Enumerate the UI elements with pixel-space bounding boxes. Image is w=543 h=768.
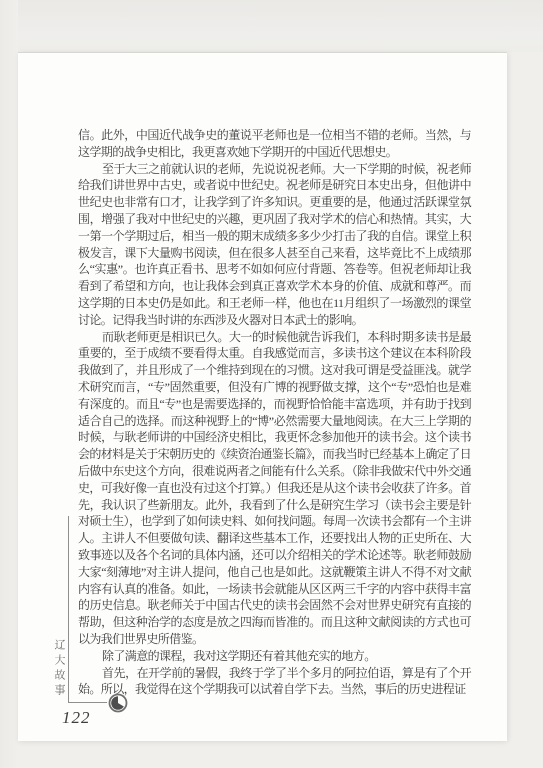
scan-top-edge <box>0 0 543 52</box>
paragraph: 而耿老师更是相识已久。大一的时候他就告诉我们，本科时期多读书是最重要的，至于成绩… <box>78 329 471 648</box>
body-text: 信。此外，中国近代战争史的董说平老师也是一位相当不错的老师。当然，与这学期的战争… <box>78 127 471 698</box>
book-page: 信。此外，中国近代战争史的董说平老师也是一位相当不错的老师。当然，与这学期的战争… <box>18 52 507 741</box>
paragraph: 首先，在开学前的暑假，我终于学了半个多月的阿拉伯语，算是有了个开始。所以，我觉得… <box>78 665 471 699</box>
sidebar-label: 辽大故事 <box>51 639 67 755</box>
paragraph: 信。此外，中国近代战争史的董说平老师也是一位相当不错的老师。当然，与这学期的战争… <box>78 127 471 161</box>
page-number: 122 <box>62 708 91 728</box>
clock-icon <box>106 691 130 715</box>
sidebar-rule-horizontal <box>68 702 107 703</box>
paragraph: 至于大三之前就认识的老师，先说说祝老师。大一下学期的时候，祝老师给我们讲世界中古… <box>78 161 471 329</box>
sidebar-rule-vertical <box>68 516 69 703</box>
paragraph: 除了满意的课程，我对这学期还有着其他充实的地方。 <box>78 648 471 665</box>
scan-left-edge <box>0 0 18 768</box>
